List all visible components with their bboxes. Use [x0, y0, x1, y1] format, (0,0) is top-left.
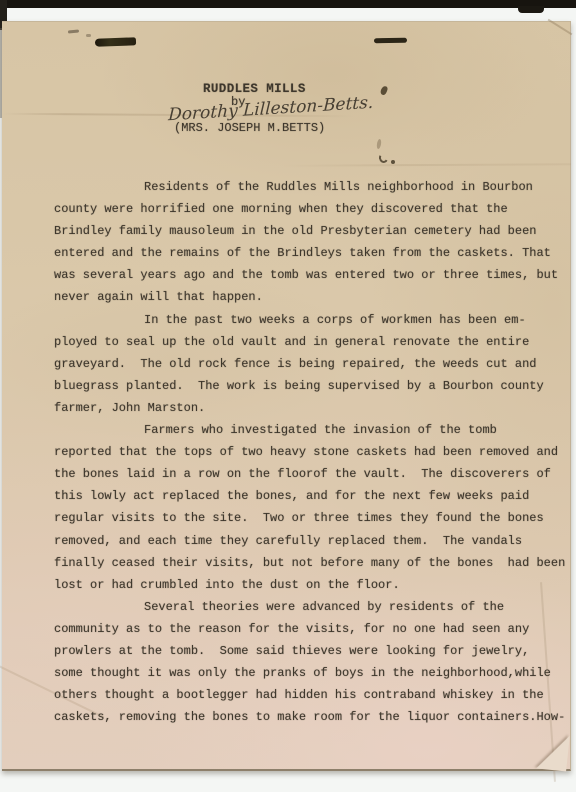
text-line: some thought it was only the pranks of b… — [54, 662, 565, 684]
text-line: caskets, removing the bones to make room… — [54, 706, 565, 728]
paragraph-1: Residents of the Ruddles Mills neighborh… — [54, 176, 565, 309]
document-body: Residents of the Ruddles Mills neighborh… — [54, 176, 565, 728]
paper-crease — [548, 19, 573, 36]
text-line: never again will that happen. — [54, 286, 565, 308]
text-line: reported that the tops of two heavy ston… — [54, 441, 565, 463]
text-line: entered and the remains of the Brindleys… — [54, 242, 565, 264]
scanned-document-page: RUDDLES MILLS by Dorothy Lilleston-Betts… — [0, 0, 576, 792]
paper-sheet: RUDDLES MILLS by Dorothy Lilleston-Betts… — [2, 21, 571, 771]
text-line: removed, and each time they carefully re… — [54, 530, 565, 552]
ink-speck — [86, 34, 91, 37]
text-line: others thought a bootlegger had hidden h… — [54, 684, 565, 706]
text-line: the bones laid in a row on the floorof t… — [54, 463, 565, 485]
binding-mark-right — [374, 38, 407, 44]
text-line: Farmers who investigated the invasion of… — [54, 419, 565, 441]
text-line: bluegrass planted. The work is being sup… — [54, 375, 565, 397]
text-line: Brindley family mausoleum in the old Pre… — [54, 220, 565, 242]
paragraph-2: In the past two weeks a corps of workmen… — [54, 309, 565, 419]
paragraph-3: Farmers who investigated the invasion of… — [54, 419, 565, 596]
text-line: was several years ago and the tomb was e… — [54, 264, 565, 286]
text-line: community as to the reason for the visit… — [54, 618, 565, 640]
paragraph-4: Several theories were advanced by reside… — [54, 596, 565, 729]
text-line: farmer, John Marston. — [54, 397, 565, 419]
text-line: Several theories were advanced by reside… — [54, 596, 565, 618]
ink-speck — [380, 85, 389, 96]
text-line: county were horrified one morning when t… — [54, 198, 565, 220]
text-line: Residents of the Ruddles Mills neighborh… — [54, 176, 565, 198]
corner-fold — [536, 733, 570, 772]
binding-mark-left — [95, 37, 136, 46]
ink-speck — [68, 29, 79, 33]
scanner-edge-bump — [518, 6, 544, 13]
text-line: In the past two weeks a corps of workmen… — [54, 309, 565, 331]
ink-speck — [376, 139, 382, 150]
paper-crease — [282, 163, 571, 167]
text-line: regular visits to the site. Two or three… — [54, 507, 565, 529]
text-line: prowlers at the tomb. Some said thieves … — [54, 640, 565, 662]
text-line: graveyard. The old rock fence is being r… — [54, 353, 565, 375]
document-title: RUDDLES MILLS — [203, 82, 306, 96]
scanner-edge-top — [0, 0, 576, 8]
text-line: finally ceased their visits, but not bef… — [54, 552, 565, 574]
text-line: this lowly act replaced the bones, and f… — [54, 485, 565, 507]
ink-speck — [391, 160, 395, 164]
text-line: ployed to seal up the old vault and in g… — [54, 331, 565, 353]
text-line: lost or had crumbled into the dust on th… — [54, 574, 565, 596]
ink-speck — [378, 152, 389, 164]
